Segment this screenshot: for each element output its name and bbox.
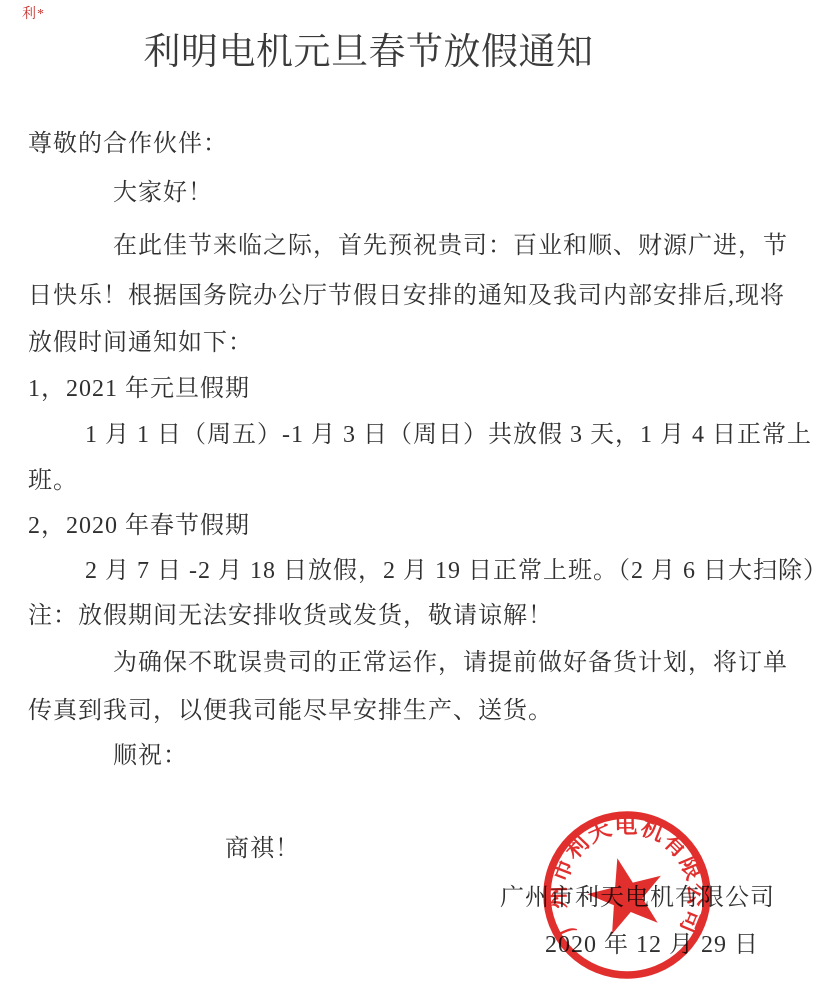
note-line: 注：放假期间无法安排收货或发货，敬请谅解！ xyxy=(28,593,553,640)
body-line: 为确保不耽误贵司的正常运作，请提前做好备货计划，将订单 xyxy=(113,640,788,687)
wish-line: 顺祝： xyxy=(113,733,188,780)
notice-title: 利明电机元旦春节放假通知 xyxy=(0,28,737,78)
body-line: 日快乐！根据国务院办公厅节假日安排的通知及我司内部安排后,现将 xyxy=(28,273,785,320)
greeting-line: 大家好！ xyxy=(113,170,213,217)
body-line: 放假时间通知如下： xyxy=(28,320,253,367)
notice-document: 利* 利明电机元旦春节放假通知 尊敬的合作伙伴： 大家好！ 在此佳节来临之际，首… xyxy=(0,0,820,1008)
newyear-holiday-head: 1，2021 年元旦假期 xyxy=(28,366,250,413)
body-line: 在此佳节来临之际，首先预祝贵司：百业和顺、财源广进，节 xyxy=(113,223,788,270)
salutation-line: 尊敬的合作伙伴： xyxy=(28,121,228,168)
body-line: 传真到我司，以便我司能尽早安排生产、送货。 xyxy=(28,688,553,735)
spring-holiday-body: 2 月 7 日 -2 月 18 日放假，2 月 19 日正常上班。（2 月 6 … xyxy=(85,548,820,595)
newyear-holiday-body: 1 月 1 日（周五）-1 月 3 日（周日）共放假 3 天，1 月 4 日正常… xyxy=(85,412,812,459)
seal-star-icon xyxy=(580,849,671,938)
newyear-holiday-body: 班。 xyxy=(28,458,78,505)
spring-holiday-head: 2，2020 年春节假期 xyxy=(28,503,250,550)
corner-red-mark: 利* xyxy=(22,3,45,23)
closing-line: 商祺！ xyxy=(225,826,300,873)
company-seal: 广州市利天电机有限公司 xyxy=(531,799,723,991)
